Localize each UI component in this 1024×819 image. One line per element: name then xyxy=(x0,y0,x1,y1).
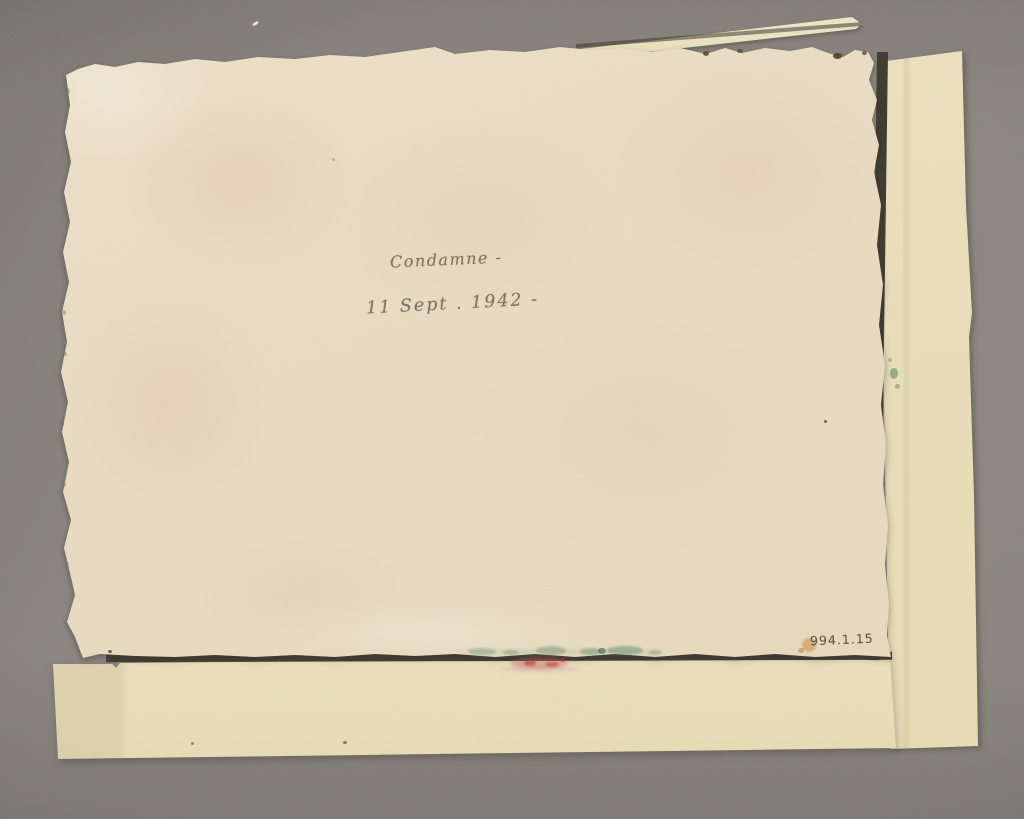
edge-speck-brown xyxy=(703,51,709,56)
deckle-fleck xyxy=(66,88,70,94)
photograph-artwork-verso: { "artwork_verso": { "inscription_line1"… xyxy=(0,0,1024,819)
speck xyxy=(824,420,827,423)
stamp-remnant-red xyxy=(560,658,565,662)
deckle-fleck xyxy=(60,422,64,426)
catalog-number: 994.1.15 xyxy=(810,631,874,649)
foxing-stain-orange xyxy=(798,648,804,653)
speck xyxy=(108,650,112,653)
speck xyxy=(191,742,194,745)
speck xyxy=(332,158,335,161)
edge-speck-brown xyxy=(583,44,587,47)
edge-speck-brown xyxy=(833,53,842,59)
main-sheet-verso xyxy=(0,0,1024,819)
stamp-remnant-pink xyxy=(500,666,580,672)
deckle-fleck xyxy=(65,562,69,566)
speck xyxy=(343,741,347,744)
deckle-fleck xyxy=(62,310,66,315)
deckle-fleck xyxy=(63,482,66,487)
edge-speck-brown xyxy=(737,49,743,53)
paint-bleed-green-faint xyxy=(455,650,665,654)
main-sheet-wrapper xyxy=(0,0,1024,819)
deckle-fleck xyxy=(64,352,67,356)
edge-speck-brown xyxy=(862,51,867,55)
